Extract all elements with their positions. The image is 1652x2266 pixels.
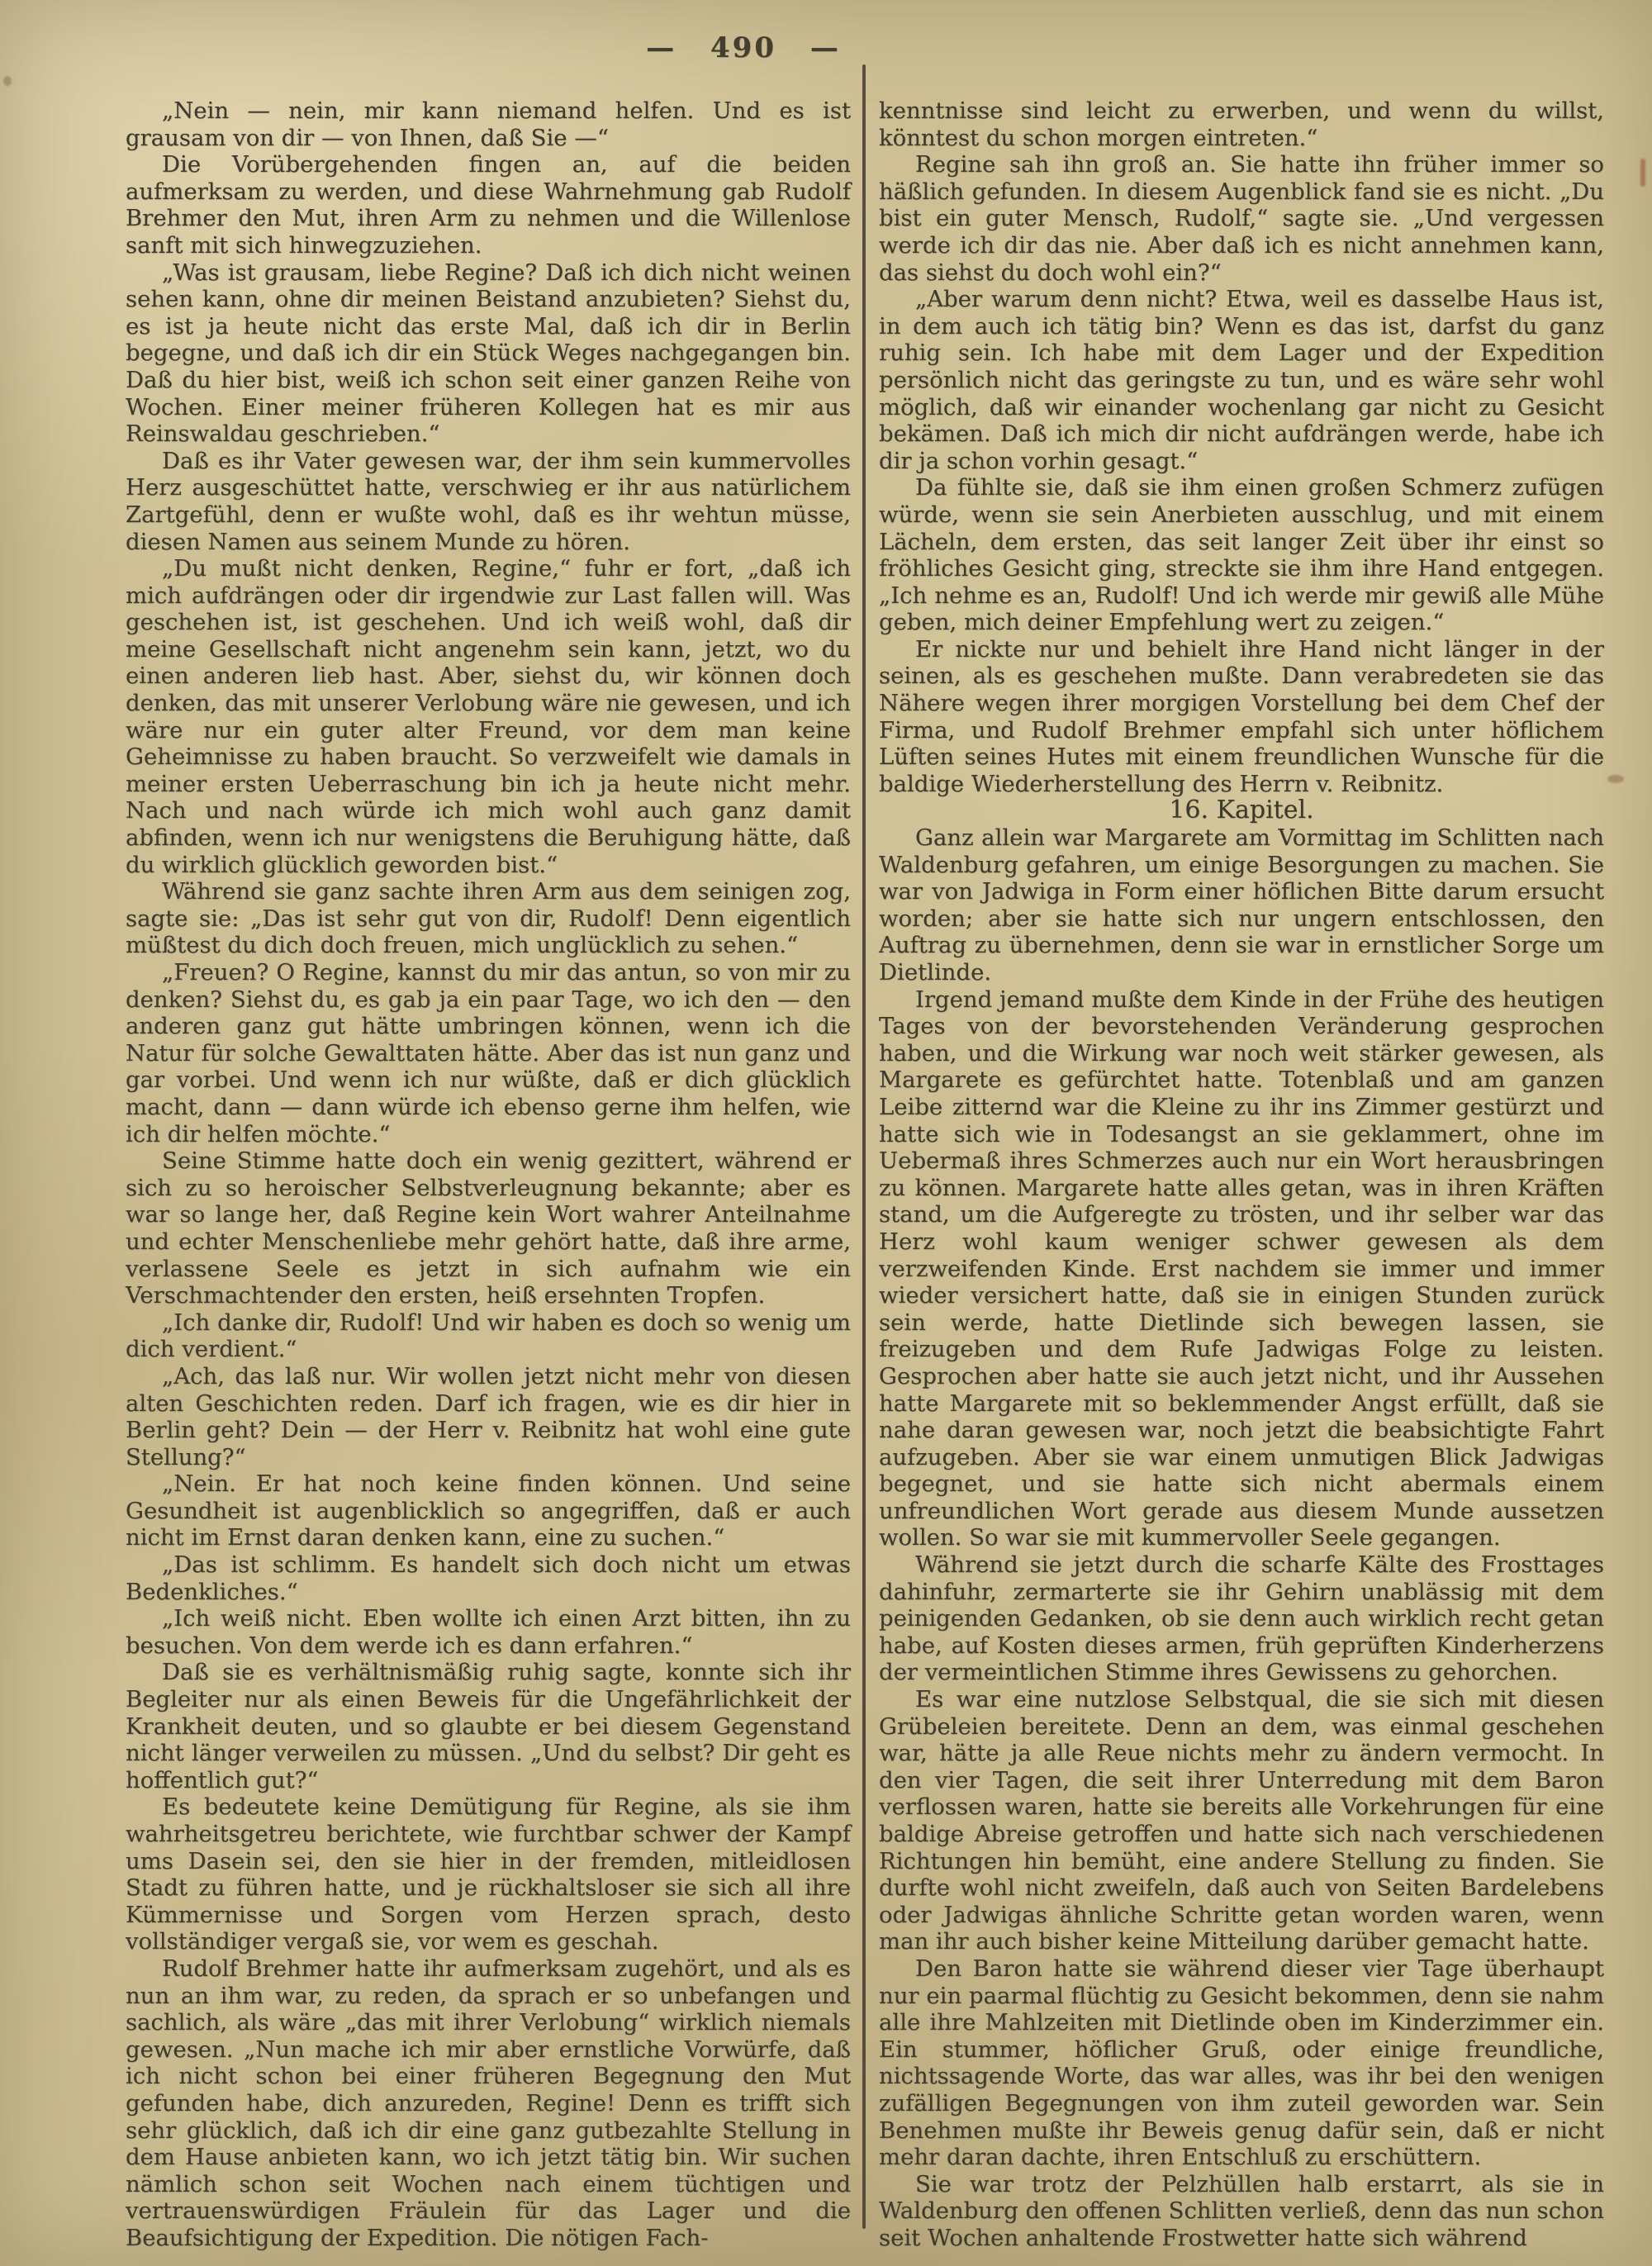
paragraph-continuation: kenntnisse sind leicht zu erwerben, und … xyxy=(879,97,1604,151)
paragraph: Sie war trotz der Pelzhüllen halb erstar… xyxy=(879,2171,1604,2252)
book-page: { "colors": { "paper": "#cec094", "ink":… xyxy=(0,0,1652,2266)
paragraph: Regine sah ihn groß an. Sie hatte ihn fr… xyxy=(879,151,1604,286)
text-columns: „Nein — nein, mir kann niemand helfen. U… xyxy=(126,97,1609,2245)
paper-stain xyxy=(1640,159,1645,187)
left-column: „Nein — nein, mir kann niemand helfen. U… xyxy=(126,97,851,2252)
paragraph: Daß es ihr Vater gewesen war, der ihm se… xyxy=(126,448,851,555)
paragraph: Er nickte nur und behielt ihre Hand nich… xyxy=(879,636,1604,798)
paragraph: Den Baron hatte sie während dieser vier … xyxy=(879,1955,1604,2171)
paragraph: „Nein. Er hat noch keine finden können. … xyxy=(126,1470,851,1551)
paragraph: Während sie jetzt durch die scharfe Kält… xyxy=(879,1551,1604,1686)
paragraph: „Aber warum denn nicht? Etwa, weil es da… xyxy=(879,286,1604,474)
paragraph: Irgend jemand mußte dem Kinde in der Frü… xyxy=(879,986,1604,1551)
paragraph: „Nein — nein, mir kann niemand helfen. U… xyxy=(126,97,851,151)
paragraph: Rudolf Brehmer hatte ihr aufmerksam zuge… xyxy=(126,1955,851,2252)
paragraph: Seine Stimme hatte doch ein wenig gezitt… xyxy=(126,1147,851,1309)
paragraph: Es war eine nutzlose Selbstqual, die sie… xyxy=(879,1686,1604,1955)
paper-stain xyxy=(1607,775,1624,783)
paragraph: Da fühlte sie, daß sie ihm einen großen … xyxy=(879,474,1604,636)
page-number: — 490 — xyxy=(570,31,917,64)
paragraph: Ganz allein war Margarete am Vormittag i… xyxy=(879,824,1604,986)
chapter-heading: 16. Kapitel. xyxy=(879,797,1604,824)
paragraph: „Das ist schlimm. Es handelt sich doch n… xyxy=(126,1551,851,1605)
paragraph: „Ach, das laß nur. Wir wollen jetzt nich… xyxy=(126,1363,851,1470)
paragraph: „Was ist grausam, liebe Regine? Daß ich … xyxy=(126,259,851,448)
paragraph: „Ich danke dir, Rudolf! Und wir haben es… xyxy=(126,1309,851,1363)
paper-speck xyxy=(3,76,12,86)
paragraph: „Freuen? O Regine, kannst du mir das ant… xyxy=(126,959,851,1147)
paragraph: Es bedeutete keine Demütigung für Regine… xyxy=(126,1793,851,1955)
paragraph: Die Vorübergehenden fingen an, auf die b… xyxy=(126,151,851,259)
paragraph: „Ich weiß nicht. Eben wollte ich einen A… xyxy=(126,1605,851,1659)
paragraph: „Du mußt nicht denken, Regine,“ fuhr er … xyxy=(126,555,851,878)
paragraph: Während sie ganz sachte ihren Arm aus de… xyxy=(126,878,851,959)
paragraph: Daß sie es verhältnismäßig ruhig sagte, … xyxy=(126,1659,851,1793)
right-column: kenntnisse sind leicht zu erwerben, und … xyxy=(879,97,1604,2252)
